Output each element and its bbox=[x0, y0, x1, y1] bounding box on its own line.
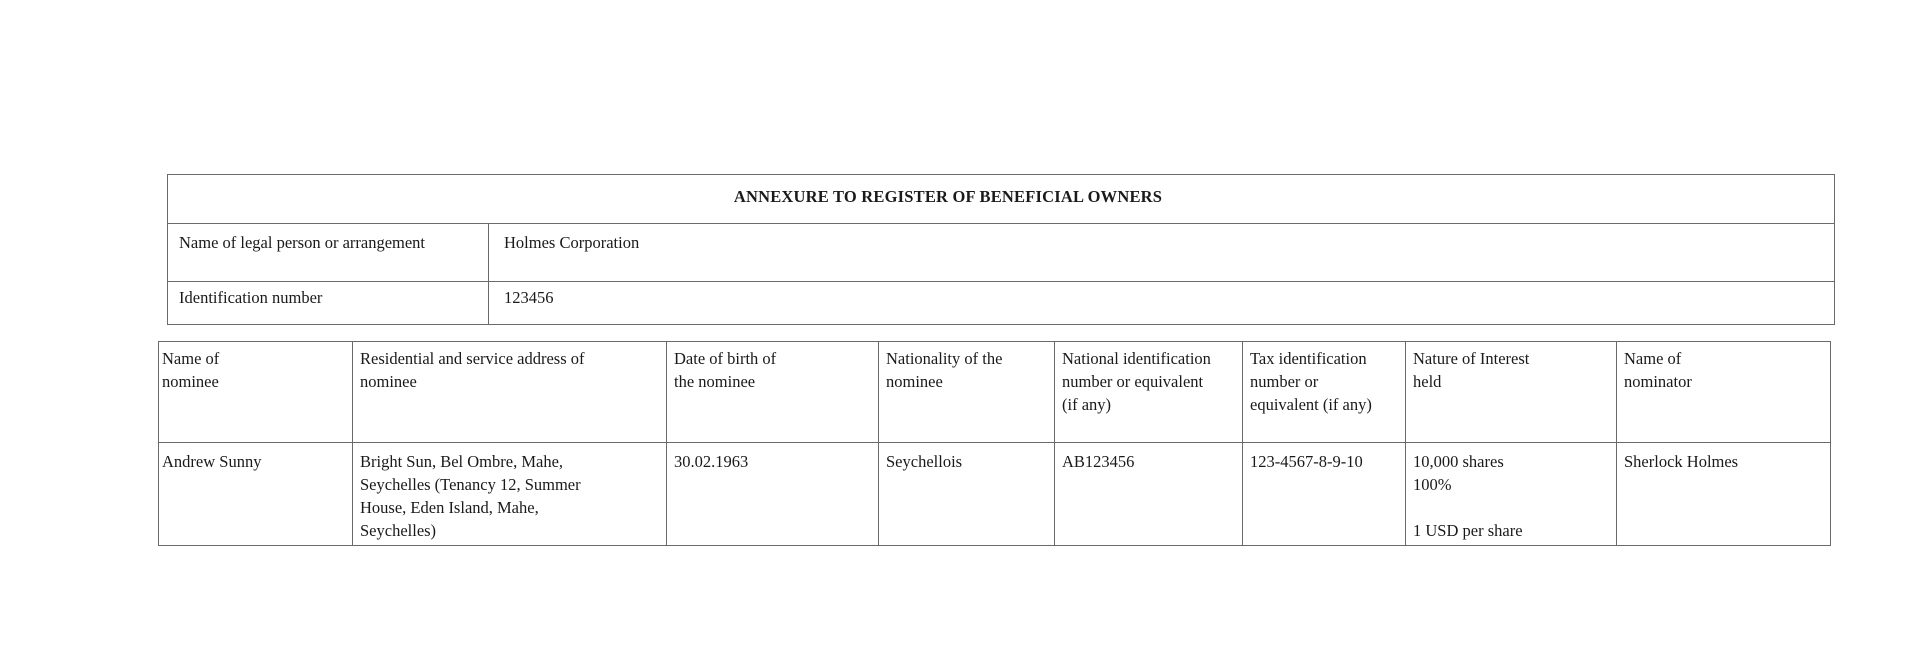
header-nationality: Nationality of the nominee bbox=[879, 342, 1055, 443]
nominee-name-cell: Andrew Sunny bbox=[159, 443, 353, 546]
annexure-title-cell: ANNEXURE TO REGISTER OF BENEFICIAL OWNER… bbox=[168, 175, 1835, 224]
table-row: Andrew Sunny Bright Sun, Bel Ombre, Mahe… bbox=[159, 443, 1831, 546]
header-address: Residential and service address of nomin… bbox=[353, 342, 667, 443]
identification-number-value: 123456 bbox=[489, 282, 1835, 325]
header-national-id: National identification number or equiva… bbox=[1055, 342, 1243, 443]
nominee-table-header-row: Name of nominee Residential and service … bbox=[159, 342, 1831, 443]
nature-of-interest-cell: 10,000 shares 100% 1 USD per share bbox=[1406, 443, 1617, 546]
nominee-table: Name of nominee Residential and service … bbox=[158, 341, 1831, 546]
date-of-birth-cell: 30.02.1963 bbox=[667, 443, 879, 546]
annexure-header-table: ANNEXURE TO REGISTER OF BENEFICIAL OWNER… bbox=[167, 174, 1835, 325]
interest-percentage: 100% bbox=[1413, 473, 1610, 496]
address-cell: Bright Sun, Bel Ombre, Mahe, Seychelles … bbox=[353, 443, 667, 546]
nationality-cell: Seychellois bbox=[879, 443, 1055, 546]
annexure-title: ANNEXURE TO REGISTER OF BENEFICIAL OWNER… bbox=[734, 187, 1162, 206]
legal-name-label: Name of legal person or arrangement bbox=[168, 224, 489, 282]
interest-shares: 10,000 shares bbox=[1413, 450, 1610, 473]
tax-id-cell: 123-4567-8-9-10 bbox=[1243, 443, 1406, 546]
nominator-cell: Sherlock Holmes bbox=[1617, 443, 1831, 546]
header-nominee-name: Name of nominee bbox=[159, 342, 353, 443]
header-tax-id: Tax identification number or equivalent … bbox=[1243, 342, 1406, 443]
identification-number-label: Identification number bbox=[168, 282, 489, 325]
header-nature-of-interest: Nature of Interest held bbox=[1406, 342, 1617, 443]
header-nominator: Name of nominator bbox=[1617, 342, 1831, 443]
header-date-of-birth: Date of birth of the nominee bbox=[667, 342, 879, 443]
interest-price: 1 USD per share bbox=[1413, 519, 1610, 542]
interest-spacer bbox=[1413, 496, 1610, 519]
national-id-cell: AB123456 bbox=[1055, 443, 1243, 546]
legal-name-value: Holmes Corporation bbox=[489, 224, 1835, 282]
